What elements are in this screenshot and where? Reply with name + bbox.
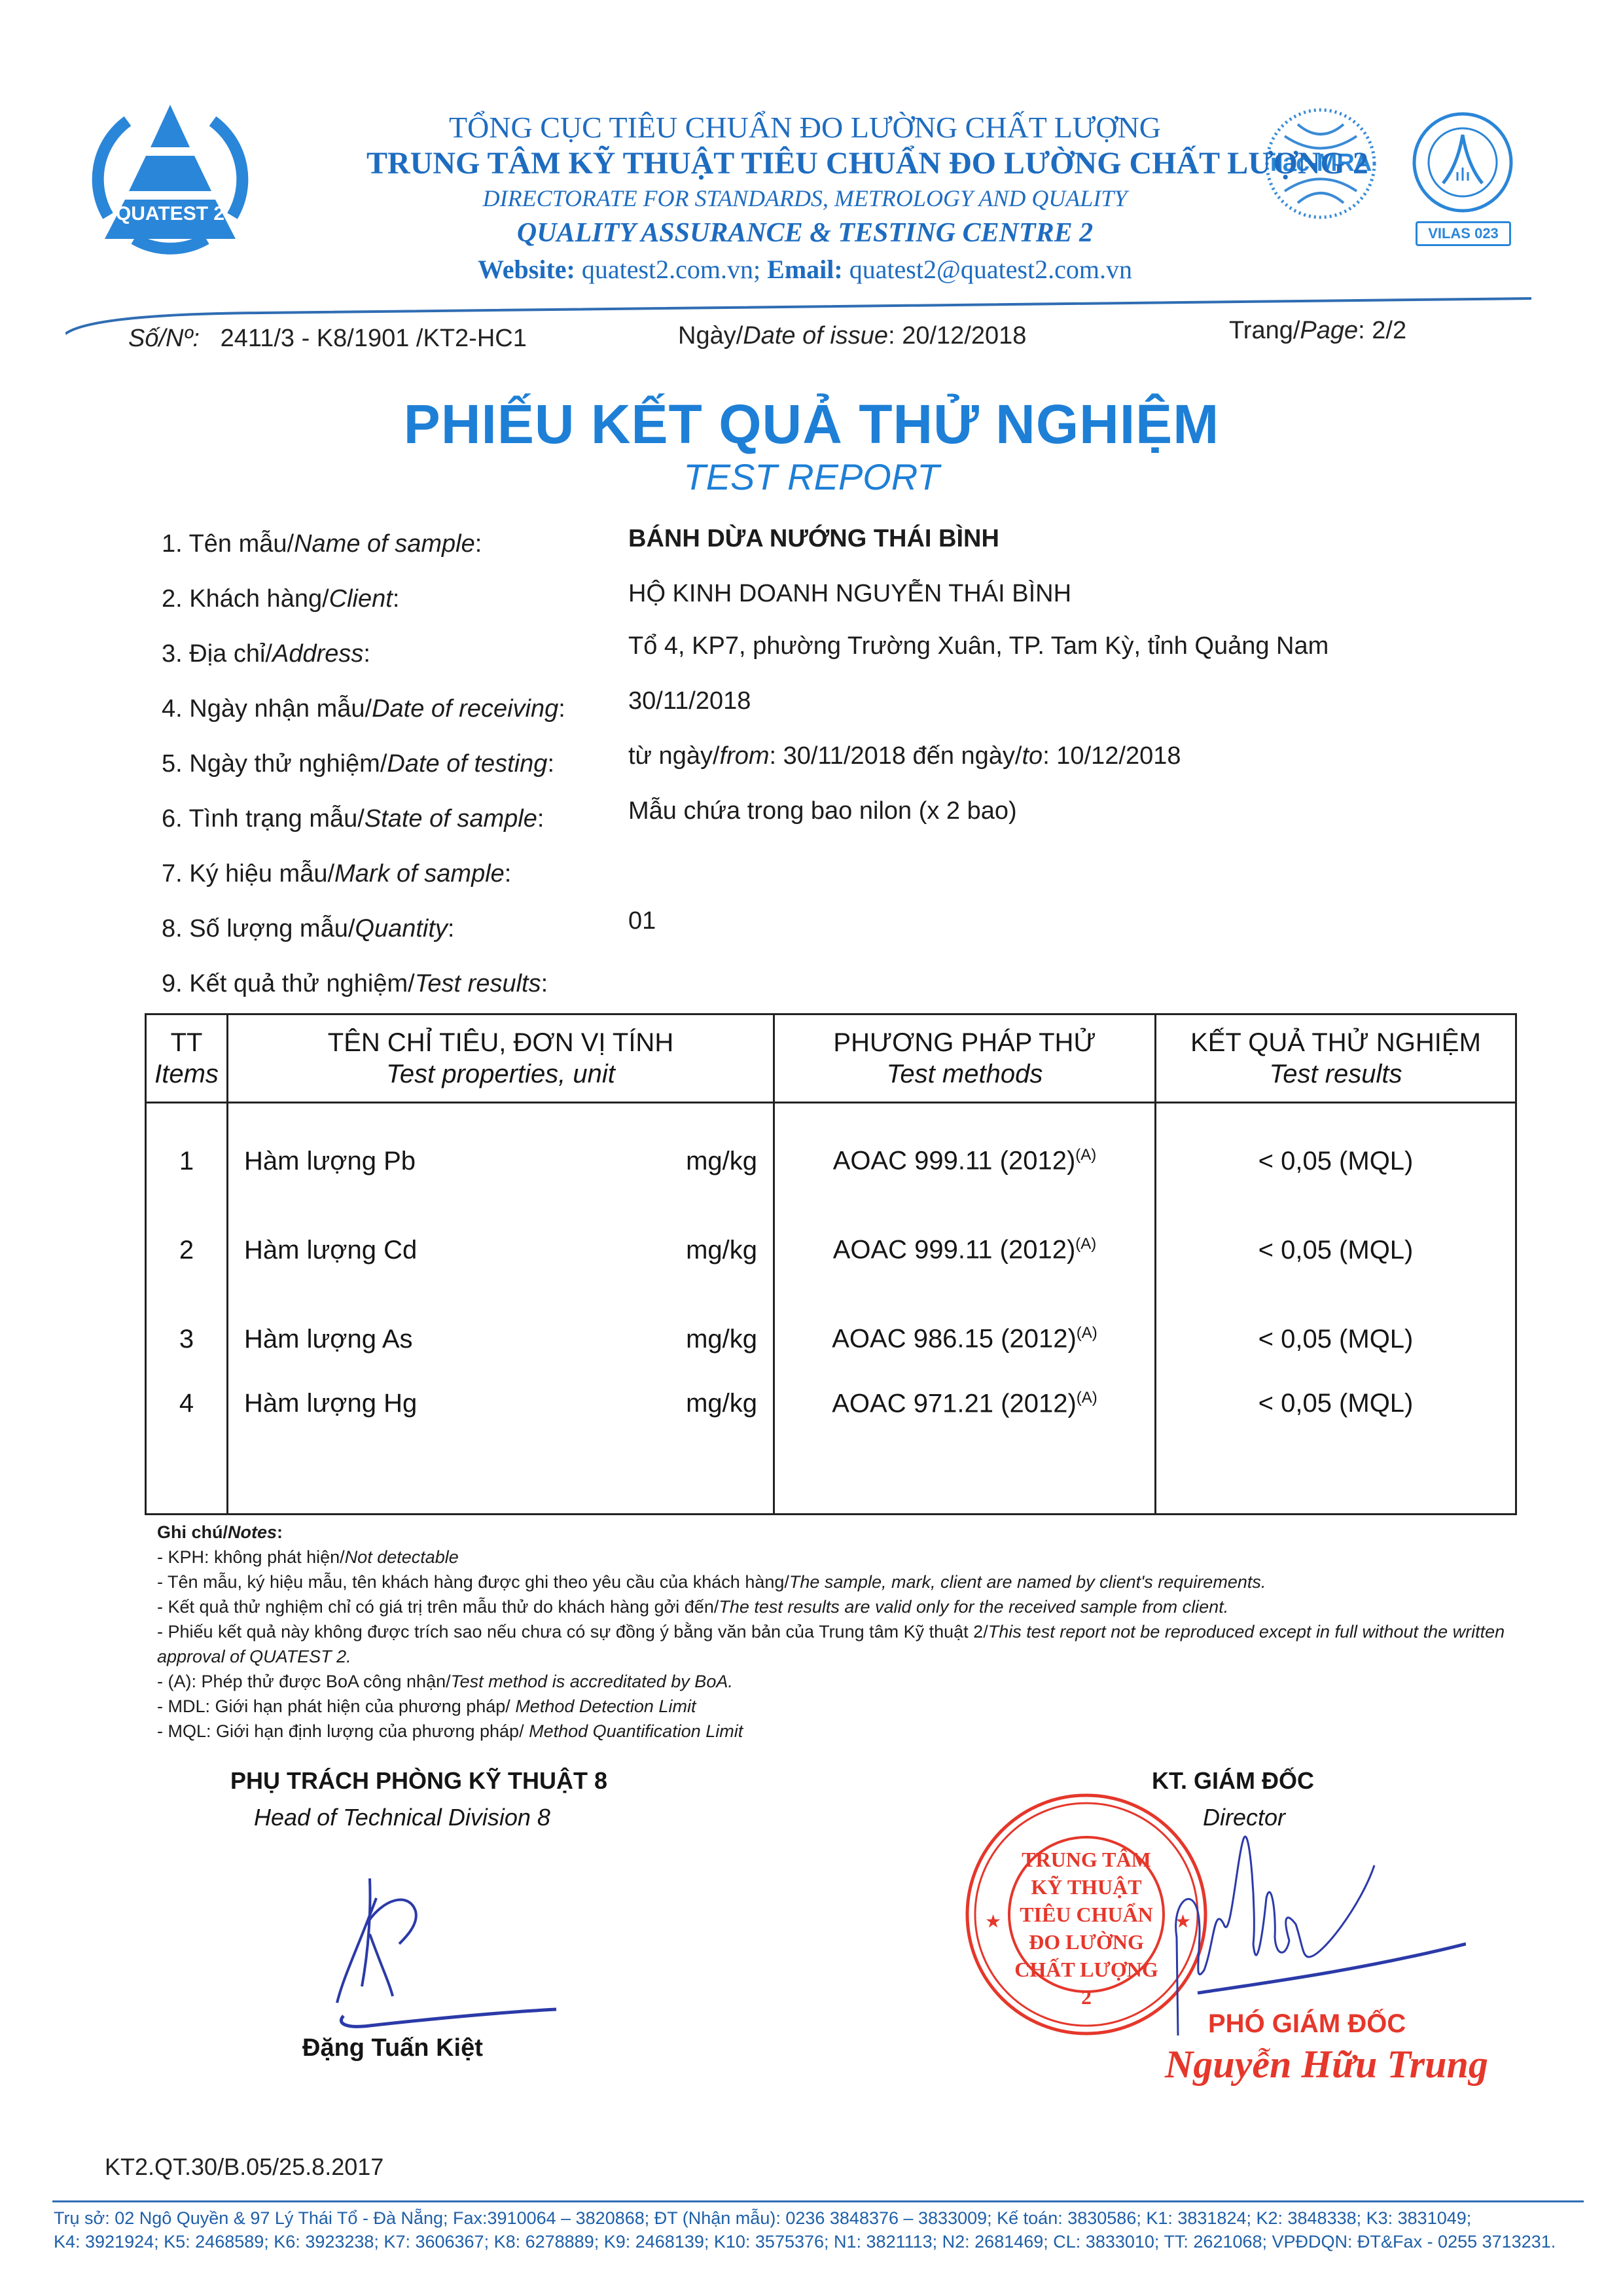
cell-property: Hàm lượng Cdmg/kg — [228, 1206, 774, 1295]
note-item: - MQL: Giới hạn định lượng của phương ph… — [157, 1719, 1505, 1744]
table-row: 1Hàm lượng Pbmg/kgAOAC 999.11 (2012)(A)<… — [146, 1103, 1516, 1206]
col-header-methods: PHƯƠNG PHÁP THỬTest methods — [774, 1014, 1156, 1103]
header-contact: Website: quatest2.com.vn; Email: quatest… — [366, 254, 1243, 285]
cell-method: AOAC 999.11 (2012)(A) — [774, 1103, 1156, 1206]
page-subtitle: TEST REPORT — [0, 456, 1623, 498]
footer-address-line: Trụ sở: 02 Ngô Quyền & 97 Lý Thái Tổ - Đ… — [54, 2208, 1471, 2229]
note-item: - Tên mẫu, ký hiệu mẫu, tên khách hàng đ… — [157, 1570, 1505, 1594]
cell-unit: mg/kg — [686, 1389, 757, 1418]
info-value: 30/11/2018 — [628, 687, 751, 715]
info-value: từ ngày/from: 30/11/2018 đến ngày/to: 10… — [628, 742, 1181, 770]
header-centre-vi: TRUNG TÂM KỸ THUẬT TIÊU CHUẨN ĐO LƯỜNG C… — [366, 145, 1243, 181]
col-header-results: KẾT QUẢ THỬ NGHIỆMTest results — [1156, 1014, 1516, 1103]
stamp-position: PHÓ GIÁM ĐỐC — [1208, 2009, 1406, 2039]
form-code: KT2.QT.30/B.05/25.8.2017 — [105, 2153, 383, 2181]
note-item: - MDL: Giới hạn phát hiện của phương phá… — [157, 1694, 1505, 1719]
page-number: Trang/Page: 2/2 — [1229, 317, 1406, 345]
header-centre-en: QUALITY ASSURANCE & TESTING CENTRE 2 — [366, 217, 1243, 249]
boa-logo: VILAS 023 — [1410, 110, 1515, 254]
col-header-items: TTItems — [146, 1014, 228, 1103]
note-item: - Phiếu kết quả này không được trích sao… — [157, 1619, 1505, 1669]
issue-date: Ngày/Date of issue: 20/12/2018 — [678, 322, 1026, 350]
cell-result: < 0,05 (MQL) — [1156, 1295, 1516, 1384]
cell-method: AOAC 986.15 (2012)(A) — [774, 1295, 1156, 1384]
header-directorate-vi: TỔNG CỤC TIÊU CHUẨN ĐO LƯỜNG CHẤT LƯỢNG — [366, 110, 1243, 145]
cell-property: Hàm lượng Hgmg/kg — [228, 1384, 774, 1515]
cell-unit: mg/kg — [686, 1147, 757, 1176]
footer-phone-line: K4: 3921924; K5: 2468589; K6: 3923238; K… — [54, 2232, 1556, 2252]
results-table: TTItems TÊN CHỈ TIÊU, ĐƠN VỊ TÍNHTest pr… — [145, 1013, 1517, 1515]
cell-property: Hàm lượng Pbmg/kg — [228, 1103, 774, 1206]
info-label: 9. Kết quả thử nghiệm/Test results: — [162, 970, 548, 998]
table-row: 2Hàm lượng Cdmg/kgAOAC 999.11 (2012)(A)<… — [146, 1206, 1516, 1295]
cell-item-number: 2 — [146, 1206, 228, 1295]
cell-method: AOAC 999.11 (2012)(A) — [774, 1206, 1156, 1295]
footer-divider — [52, 2200, 1584, 2202]
notes-section: Ghi chú/Notes: - KPH: không phát hiện/No… — [157, 1520, 1505, 1744]
vilas-badge: VILAS 023 — [1416, 221, 1511, 246]
cell-unit: mg/kg — [686, 1325, 757, 1354]
left-signatory-name: Đặng Tuấn Kiệt — [302, 2034, 483, 2062]
info-value: 01 — [628, 907, 656, 935]
cell-unit: mg/kg — [686, 1236, 757, 1265]
cell-result: < 0,05 (MQL) — [1156, 1206, 1516, 1295]
cell-item-number: 3 — [146, 1295, 228, 1384]
info-value: Tổ 4, KP7, phường Trường Xuân, TP. Tam K… — [628, 632, 1329, 660]
note-item: - Kết quả thử nghiệm chỉ có giá trị trên… — [157, 1594, 1505, 1619]
website-label: Website: — [478, 255, 575, 284]
left-signatory-subtitle: Head of Technical Division 8 — [254, 1804, 550, 1831]
cell-result: < 0,05 (MQL) — [1156, 1103, 1516, 1206]
table-row: 3Hàm lượng Asmg/kgAOAC 986.15 (2012)(A)<… — [146, 1295, 1516, 1384]
table-header-row: TTItems TÊN CHỈ TIÊU, ĐƠN VỊ TÍNHTest pr… — [146, 1014, 1516, 1103]
info-label: 7. Ký hiệu mẫu/Mark of sample: — [162, 860, 511, 888]
info-label: 4. Ngày nhận mẫu/Date of receiving: — [162, 695, 565, 723]
quatest-logo: QUATEST 2 — [88, 92, 252, 255]
quatest-triangle-icon — [88, 92, 252, 255]
stamp-name: Nguyễn Hữu Trung — [1165, 2042, 1488, 2087]
info-label: 6. Tình trạng mẫu/State of sample: — [162, 805, 544, 833]
info-label: 5. Ngày thử nghiệm/Date of testing: — [162, 750, 554, 778]
cell-property: Hàm lượng Asmg/kg — [228, 1295, 774, 1384]
notes-title: Ghi chú/Notes: — [157, 1520, 1505, 1545]
website-link[interactable]: quatest2.com.vn; — [582, 255, 760, 284]
note-item: - (A): Phép thử được BoA công nhận/Test … — [157, 1669, 1505, 1694]
email-label: Email: — [767, 255, 843, 284]
page-title: PHIẾU KẾT QUẢ THỬ NGHIỆM — [0, 393, 1623, 456]
email-link[interactable]: quatest2@quatest2.com.vn — [849, 255, 1132, 284]
info-value: Mẫu chứa trong bao nilon (x 2 bao) — [628, 797, 1017, 825]
report-number: Số/Nº: 2411/3 - K8/1901 /KT2-HC1 — [128, 325, 527, 353]
quatest-logo-text: QUATEST 2 — [115, 203, 226, 225]
left-signatory-title: PHỤ TRÁCH PHÒNG KỸ THUẬT 8 — [230, 1767, 607, 1795]
info-value: HỘ KINH DOANH NGUYỄN THÁI BÌNH — [628, 580, 1071, 608]
info-label: 1. Tên mẫu/Name of sample: — [162, 530, 482, 558]
info-label: 3. Địa chỉ/Address: — [162, 640, 370, 668]
header-directorate-en: DIRECTORATE FOR STANDARDS, METROLOGY AND… — [366, 185, 1243, 212]
boa-seal-icon — [1410, 110, 1515, 215]
col-header-properties: TÊN CHỈ TIÊU, ĐƠN VỊ TÍNHTest properties… — [228, 1014, 774, 1103]
signature-left-icon — [330, 1872, 566, 2029]
cell-method: AOAC 971.21 (2012)(A) — [774, 1384, 1156, 1515]
svg-text:★: ★ — [985, 1911, 1001, 1931]
note-item: - KPH: không phát hiện/Not detectable — [157, 1545, 1505, 1570]
info-label: 2. Khách hàng/Client: — [162, 585, 399, 613]
info-value: BÁNH DỪA NƯỚNG THÁI BÌNH — [628, 525, 999, 553]
table-row: 4Hàm lượng Hgmg/kgAOAC 971.21 (2012)(A)<… — [146, 1384, 1516, 1515]
cell-item-number: 1 — [146, 1103, 228, 1206]
info-label: 8. Số lượng mẫu/Quantity: — [162, 915, 454, 943]
cell-result: < 0,05 (MQL) — [1156, 1384, 1516, 1515]
cell-item-number: 4 — [146, 1384, 228, 1515]
